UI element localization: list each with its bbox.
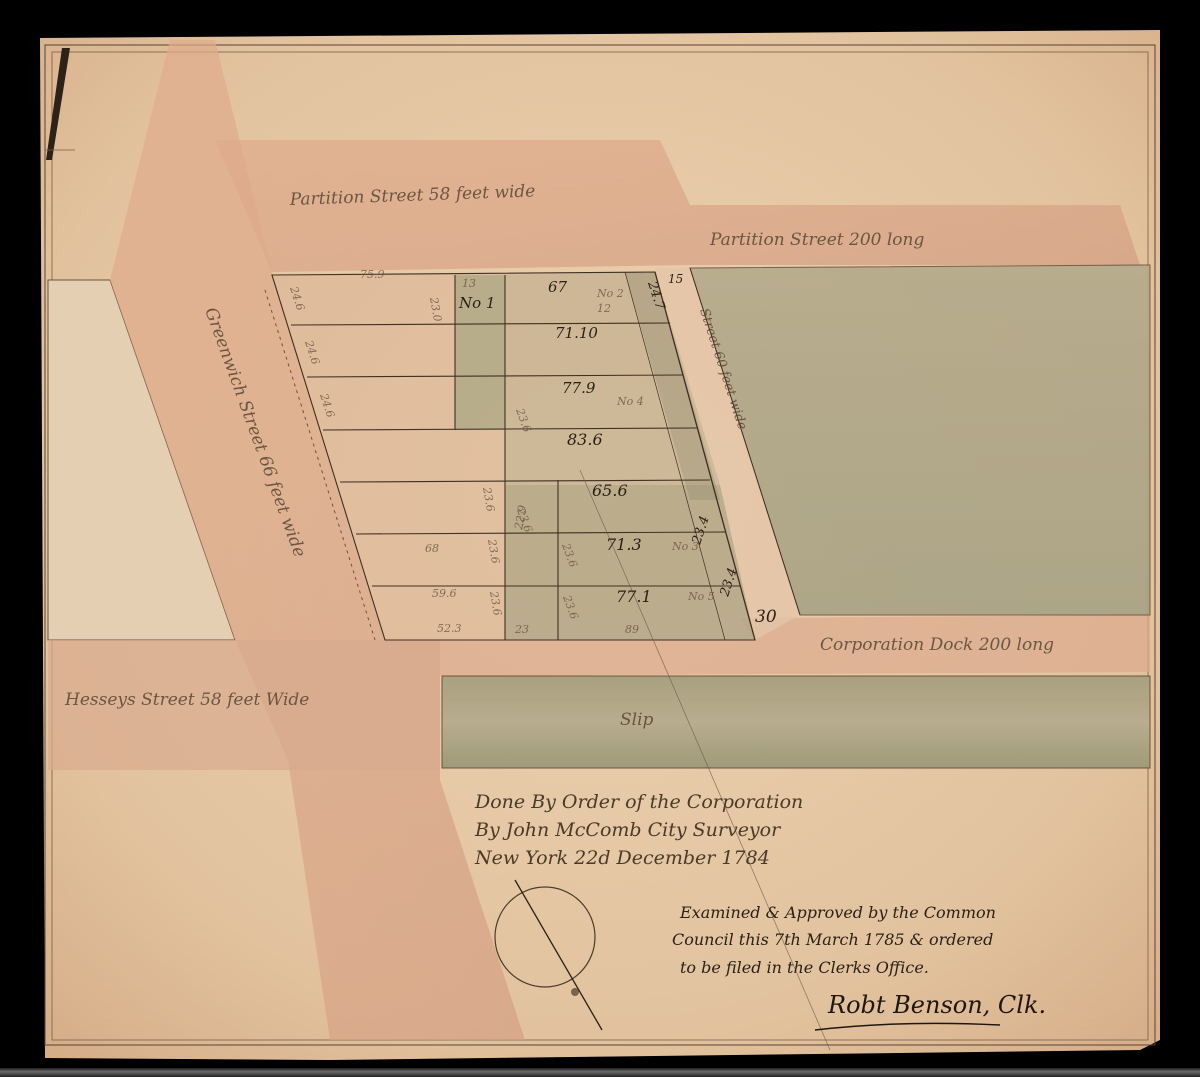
svg-text:68: 68: [425, 542, 439, 555]
svg-text:13: 13: [462, 277, 476, 290]
svg-text:67: 67: [548, 278, 568, 296]
scanner-edge: [0, 1068, 1200, 1077]
svg-text:77.9: 77.9: [562, 379, 596, 397]
surveyor-note: Done By Order of the Corporation By John…: [474, 791, 803, 869]
label-corporation-dock: Corporation Dock 200 long: [820, 635, 1054, 655]
svg-text:23: 23: [514, 623, 529, 636]
note-surveyor: By John McComb City Surveyor: [474, 819, 782, 841]
svg-text:15: 15: [668, 272, 683, 286]
approval-line-3: to be filed in the Clerks Office.: [680, 958, 929, 977]
svg-text:52.3: 52.3: [437, 622, 462, 635]
svg-text:59.6: 59.6: [432, 587, 457, 600]
note-title: Done By Order of the Corporation: [474, 791, 803, 813]
svg-text:89: 89: [625, 623, 639, 636]
svg-text:77.1: 77.1: [616, 587, 652, 606]
svg-text:65.6: 65.6: [592, 481, 628, 500]
svg-text:No 5: No 5: [687, 590, 715, 603]
svg-text:71.3: 71.3: [606, 535, 642, 554]
manuscript-map: Partition Street 58 feet wide Partition …: [0, 0, 1200, 1077]
label-dock-corner: 30: [755, 607, 777, 627]
svg-text:No 2: No 2: [596, 287, 624, 300]
slip-water: [442, 676, 1150, 768]
svg-text:No 1: No 1: [458, 294, 495, 312]
svg-text:83.6: 83.6: [567, 430, 603, 449]
label-hesseys-street: Hesseys Street 58 feet Wide: [64, 690, 309, 710]
label-partition-long: Partition Street 200 long: [709, 230, 924, 250]
svg-text:12: 12: [597, 302, 611, 315]
svg-text:75.9: 75.9: [360, 268, 385, 281]
svg-text:71.10: 71.10: [555, 324, 598, 342]
svg-text:No 4: No 4: [616, 395, 644, 408]
approval-line-2: Council this 7th March 1785 & ordered: [672, 930, 993, 949]
note-date: New York 22d December 1784: [474, 847, 770, 869]
clerk-signature: Robt Benson, Clk.: [827, 991, 1046, 1019]
label-slip: Slip: [620, 710, 654, 730]
approval-line-1: Examined & Approved by the Common: [679, 903, 996, 922]
